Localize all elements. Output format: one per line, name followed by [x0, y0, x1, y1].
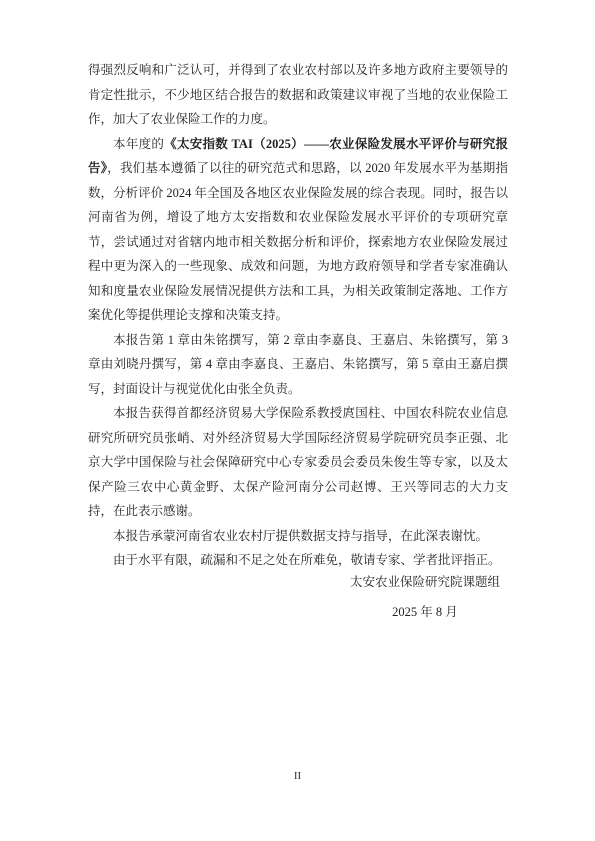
paragraph-authors: 本报告第 1 章由朱铭撰写，第 2 章由李嘉良、王嘉启、朱铭撰写，第 3 章由刘… [88, 328, 508, 402]
page-number: II [294, 770, 301, 782]
signature-date: 2025 年 8 月 [350, 600, 500, 625]
paragraph-text: ，我们基本遵循了以往的研究范式和思路，以 2020 年发展水平为基期指数，分析评… [88, 161, 508, 322]
preface-body: 得强烈反响和广泛认可，并得到了农业农村部以及许多地方政府主要领导的肯定性批示，不… [88, 58, 508, 573]
paragraph-text: 本年度的 [113, 137, 164, 151]
signature-block: 太安农业保险研究院课题组 2025 年 8 月 [350, 570, 500, 625]
paragraph-acknowledgments-experts: 本报告获得首都经济贸易大学保险系教授庹国柱、中国农科院农业信息研究所研究员张峭、… [88, 401, 508, 524]
paragraph-closing-remark: 由于水平有限，疏漏和不足之处在所难免，敬请专家、学者批评指正。 [88, 548, 508, 573]
document-page: 得强烈反响和广泛认可，并得到了农业农村部以及许多地方政府主要领导的肯定性批示，不… [0, 0, 595, 841]
page-footer: II [0, 770, 595, 782]
paragraph-continuation: 得强烈反响和广泛认可，并得到了农业农村部以及许多地方政府主要领导的肯定性批示，不… [88, 58, 508, 132]
paragraph-report-overview: 本年度的《太安指数 TAI（2025）——农业保险发展水平评价与研究报告》，我们… [88, 132, 508, 328]
signature-organization: 太安农业保险研究院课题组 [350, 570, 500, 595]
paragraph-acknowledgments-data: 本报告承蒙河南省农业农村厅提供数据支持与指导，在此深表谢忱。 [88, 524, 508, 549]
